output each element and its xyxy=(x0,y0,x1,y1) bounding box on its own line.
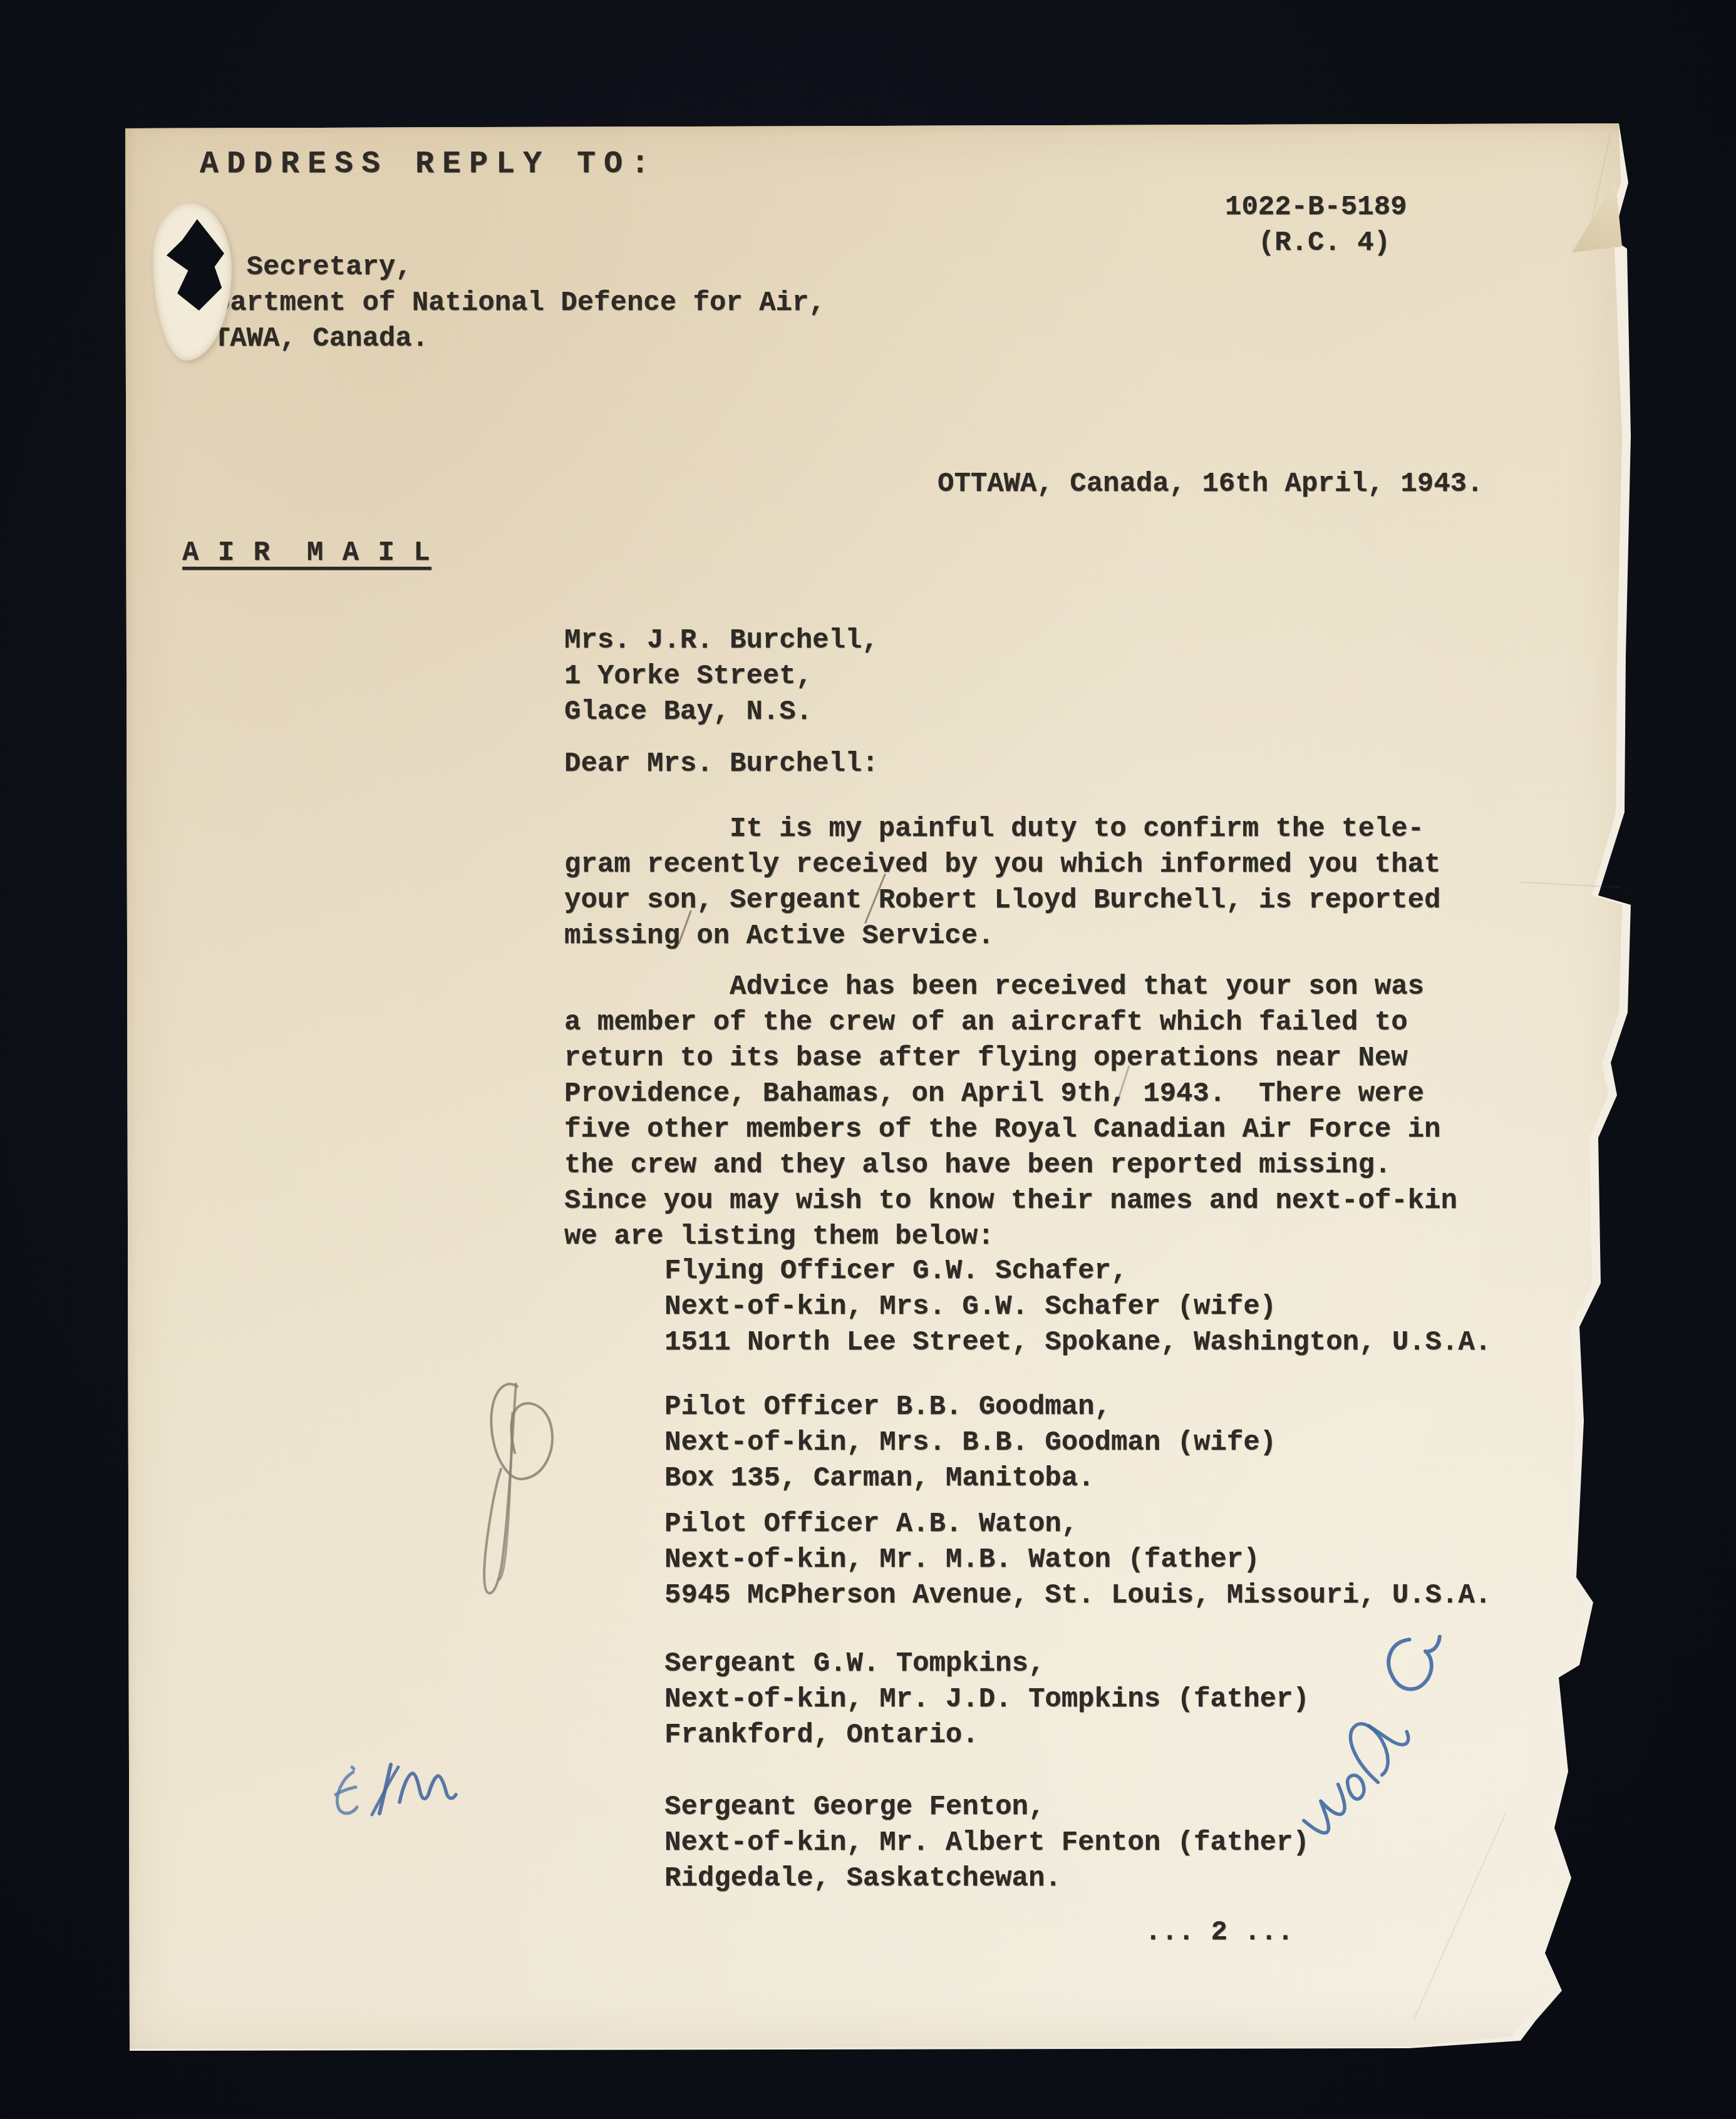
letterhead-address: The Secretary, Department of National De… xyxy=(180,250,825,357)
pencil-scrawl-annotation xyxy=(457,1375,589,1619)
page-indicator: ... 2 ... xyxy=(1145,1915,1294,1951)
file-number: 1022-B-5189 (R.C. 4) xyxy=(1225,190,1407,261)
crew-entry-schafer: Flying Officer G.W. Schafer, Next-of-kin… xyxy=(664,1254,1491,1361)
salutation: Dear Mrs. Burchell: xyxy=(564,746,879,782)
crew-entry-goodman: Pilot Officer B.B. Goodman, Next-of-kin,… xyxy=(664,1389,1276,1497)
blue-ink-annotation-left xyxy=(326,1740,488,1846)
crew-entry-waton: Pilot Officer A.B. Waton, Next-of-kin, M… xyxy=(664,1507,1491,1614)
scanned-letter-scene: ADDRESS REPLY TO: The Secretary, Departm… xyxy=(0,0,1736,2119)
paragraph-1: It is my painful duty to confirm the tel… xyxy=(564,812,1440,954)
dateline: OTTAWA, Canada, 16th April, 1943. xyxy=(938,467,1483,502)
crew-entry-fenton: Sergeant George Fenton, Next-of-kin, Mr.… xyxy=(664,1790,1310,1897)
crew-entry-tompkins: Sergeant G.W. Tompkins, Next-of-kin, Mr.… xyxy=(664,1646,1310,1753)
airmail-label: A I R M A I L xyxy=(182,535,431,571)
paragraph-2: Advice has been received that your son w… xyxy=(564,969,1457,1255)
letterhead-reply-label: ADDRESS REPLY TO: xyxy=(200,147,658,182)
recipient-address: Mrs. J.R. Burchell, 1 Yorke Street, Glac… xyxy=(564,623,879,730)
